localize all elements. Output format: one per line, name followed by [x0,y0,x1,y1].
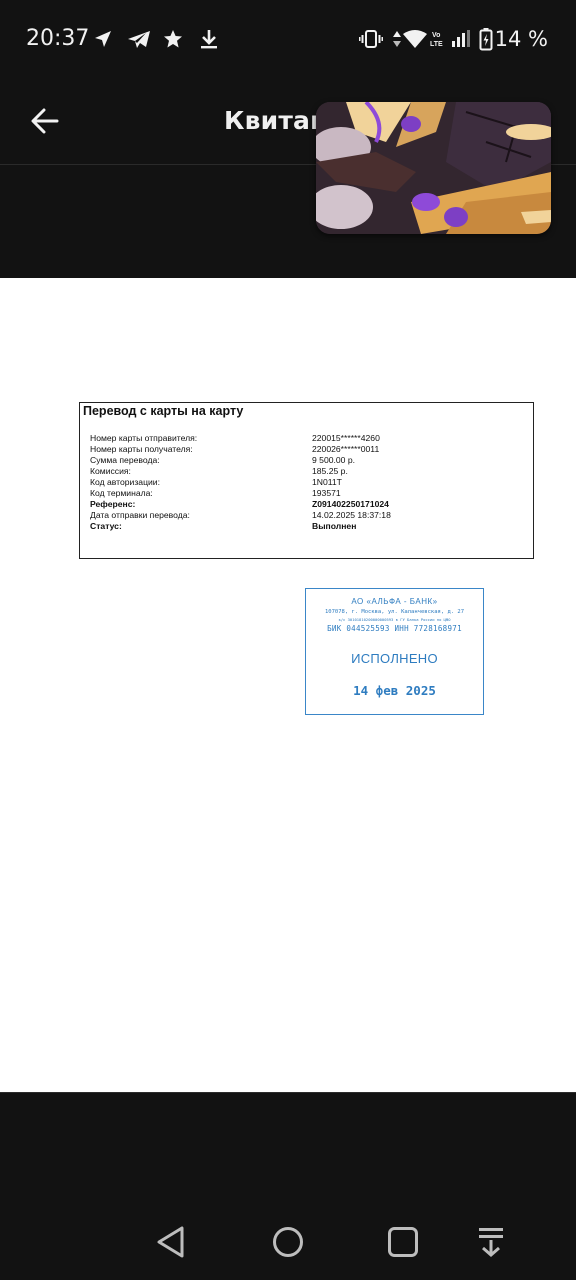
receipt-row-value: 1N011T [312,477,520,488]
system-nav-bar [0,1092,576,1280]
receipt-row-value: 220026******0011 [312,444,520,455]
data-arrows-icon [392,27,402,51]
receipt-row: Номер карты получателя:220026******0011 [90,444,520,455]
recents-square-icon [385,1224,421,1260]
receipt-row-label: Дата отправки перевода: [90,510,312,521]
star-icon [162,27,184,51]
receipt-rows: Номер карты отправителя:220015******4260… [90,433,520,532]
receipt-row-label: Комиссия: [90,466,312,477]
back-button[interactable] [26,102,64,140]
receipt-row-value: 193571 [312,488,520,499]
receipt-row-value: 14.02.2025 18:37:18 [312,510,520,521]
bank-stamp: АО «АЛЬФА - БАНК» 107078, г. Москва, ул.… [305,588,484,715]
battery-charging-icon [479,27,493,51]
receipt-row: Код терминала:193571 [90,488,520,499]
receipt-row: Код авторизации:1N011T [90,477,520,488]
clock: 20:37 [26,26,89,51]
receipt-row-label: Референс: [90,499,312,510]
receipt-row-value: 185.25 р. [312,466,520,477]
battery-percent: 14 % [495,27,548,51]
download-icon [198,27,220,51]
stamp-account: к/с 30101810200000000593 в ГУ Банка Росс… [306,617,483,622]
receipt-row-label: Код авторизации: [90,477,312,488]
nav-recents-button[interactable] [385,1224,421,1260]
receipt-title: Перевод с карты на карту [83,404,243,418]
arrow-left-icon [26,102,64,140]
receipt-row: Комиссия:185.25 р. [90,466,520,477]
navigation-arrow-icon [92,27,114,51]
receipt-row: Сумма перевода:9 500.00 р. [90,455,520,466]
telegram-icon [126,27,152,51]
receipt-row-label: Номер карты получателя: [90,444,312,455]
receipt-row-label: Сумма перевода: [90,455,312,466]
receipt-row: Статус:Выполнен [90,521,520,532]
receipt-row: Номер карты отправителя:220015******4260 [90,433,520,444]
receipt-row-label: Номер карты отправителя: [90,433,312,444]
svg-text:LTE: LTE [430,41,443,48]
stamp-bik-inn: БИК 044525593 ИНН 7728168971 [306,624,483,633]
receipt-row: Референс:Z091402250171024 [90,499,520,510]
receipt-row-value: Выполнен [312,521,520,532]
notification-pull-icon [473,1224,509,1260]
stamp-bank-name: АО «АЛЬФА - БАНК» [306,597,483,606]
nav-home-button[interactable] [270,1224,306,1260]
picture-in-picture-video[interactable] [316,102,551,234]
receipt-row-value: Z091402250171024 [312,499,520,510]
home-circle-icon [270,1224,306,1260]
back-triangle-icon [154,1224,190,1260]
receipt-document[interactable]: Перевод с карты на карту Номер карты отп… [0,278,576,1092]
video-frame-image [316,102,551,234]
signal-icon [452,27,470,51]
receipt-row: Дата отправки перевода:14.02.2025 18:37:… [90,510,520,521]
stamp-status: ИСПОЛНЕНО [306,651,483,666]
receipt-row-value: 220015******4260 [312,433,520,444]
svg-text:Vo: Vo [432,32,440,39]
receipt-box: Перевод с карты на карту Номер карты отп… [79,402,534,559]
nav-notifications-button[interactable] [473,1224,509,1260]
stamp-address: 107078, г. Москва, ул. Каланчевская, д. … [306,609,483,615]
receipt-row-label: Код терминала: [90,488,312,499]
nav-back-button[interactable] [154,1224,190,1260]
wifi-icon [402,27,428,51]
stamp-date: 14 фев 2025 [306,683,483,698]
receipt-row-label: Статус: [90,521,312,532]
vibrate-icon [358,27,384,51]
receipt-row-value: 9 500.00 р. [312,455,520,466]
volte-icon: VoLTE [430,27,444,51]
status-bar: 20:37 VoLTE 14 % [0,0,576,78]
